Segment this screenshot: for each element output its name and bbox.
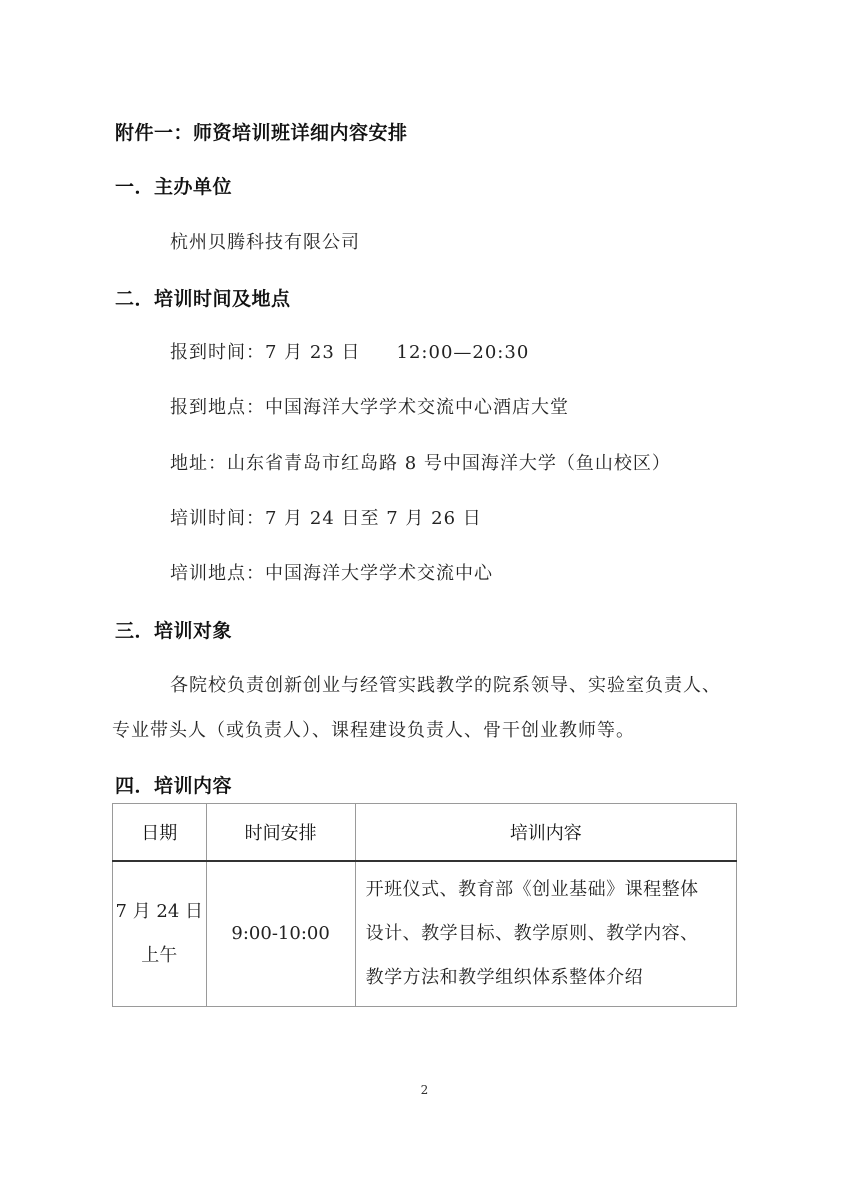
header-date: 日期 <box>113 804 207 862</box>
table-header-row: 日期 时间安排 培训内容 <box>113 804 737 862</box>
cell-content-line: 教学方法和教学组织体系整体介绍 <box>366 956 730 1000</box>
checkin-location: 报到地点：中国海洋大学学术交流中心酒店大堂 <box>170 393 569 419</box>
page-number: 2 <box>0 1083 849 1097</box>
cell-time: 9:00-10:00 <box>206 861 355 1007</box>
checkin-time: 报到时间：7 月 23 日12:00—20:30 <box>170 338 529 364</box>
cell-date-line: 上午 <box>113 934 206 978</box>
audience-line-2: 专业带头人（或负责人）、课程建设负责人、骨干创业教师等。 <box>112 716 635 742</box>
section-heading-organizer: 一．主办单位 <box>115 172 232 199</box>
cell-content-line: 开班仪式、教育部《创业基础》课程整体 <box>366 868 730 912</box>
schedule-table: 日期 时间安排 培训内容 7 月 24 日 上午 9:00-10:00 开班仪式… <box>112 803 737 1007</box>
cell-content-line: 设计、教学目标、教学原则、教学内容、 <box>366 912 730 956</box>
cell-content: 开班仪式、教育部《创业基础》课程整体 设计、教学目标、教学原则、教学内容、 教学… <box>355 861 736 1007</box>
cell-date: 7 月 24 日 上午 <box>113 861 207 1007</box>
document-page: 附件一：师资培训班详细内容安排 一．主办单位 杭州贝腾科技有限公司 二．培训时间… <box>0 0 849 1200</box>
training-location: 培训地点：中国海洋大学学术交流中心 <box>170 559 493 585</box>
audience-line-1: 各院校负责创新创业与经管实践教学的院系领导、实验室负责人、 <box>170 671 721 697</box>
training-time: 培训时间：7 月 24 日至 7 月 26 日 <box>170 504 482 530</box>
address: 地址：山东省青岛市红岛路 8 号中国海洋大学（鱼山校区） <box>170 449 671 475</box>
document-title: 附件一：师资培训班详细内容安排 <box>115 118 408 145</box>
section-heading-audience: 三．培训对象 <box>115 616 232 643</box>
organizer-name: 杭州贝腾科技有限公司 <box>170 228 360 254</box>
cell-date-line: 7 月 24 日 <box>113 890 206 934</box>
checkin-time-hours: 12:00—20:30 <box>397 342 530 363</box>
table-row: 7 月 24 日 上午 9:00-10:00 开班仪式、教育部《创业基础》课程整… <box>113 861 737 1007</box>
checkin-time-label: 报到时间：7 月 23 日 <box>170 342 361 363</box>
header-time: 时间安排 <box>206 804 355 862</box>
section-heading-time-location: 二．培训时间及地点 <box>115 284 291 311</box>
section-heading-content: 四．培训内容 <box>115 771 232 798</box>
header-content: 培训内容 <box>355 804 736 862</box>
